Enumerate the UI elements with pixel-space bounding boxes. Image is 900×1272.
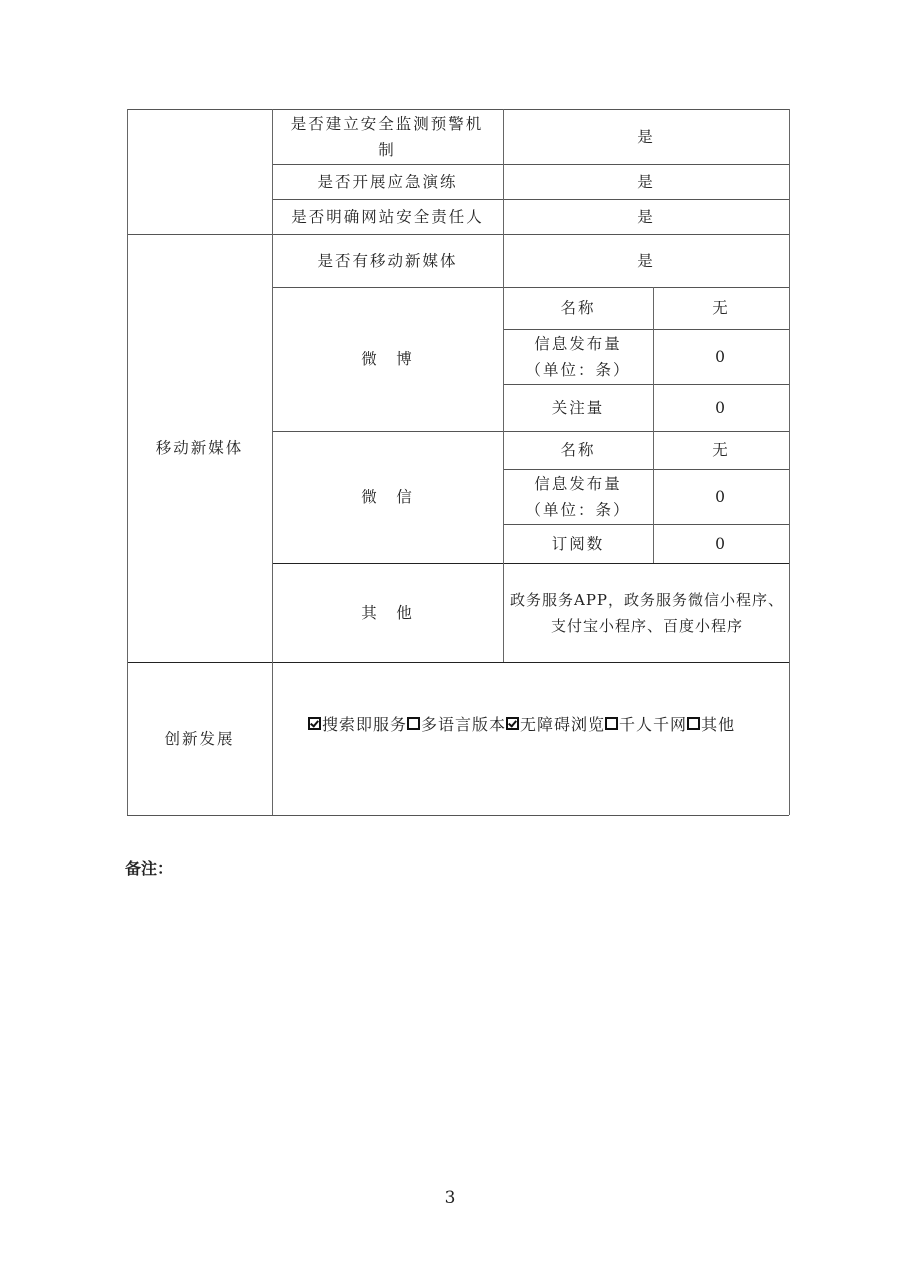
security-officer-value: 是 xyxy=(503,199,789,234)
wechat-name-label: 名称 xyxy=(503,431,653,469)
emergency-drill-value: 是 xyxy=(503,164,789,199)
weibo-name-label: 名称 xyxy=(503,287,653,329)
wechat-name-value: 无 xyxy=(653,431,789,469)
wechat-subscribers-label: 订阅数 xyxy=(503,524,653,563)
weibo-label: 微 博 xyxy=(272,287,503,431)
weibo-followers-label: 关注量 xyxy=(503,384,653,431)
wechat-posts-value: 0 xyxy=(653,469,789,524)
option-multilingual: 多语言版本 xyxy=(421,712,506,735)
security-monitoring-label: 是否建立安全监测预警机制 xyxy=(287,109,487,164)
checkbox-search-service[interactable] xyxy=(308,717,321,730)
security-officer-label: 是否明确网站安全责任人 xyxy=(272,199,503,234)
option-search-service: 搜索即服务 xyxy=(322,712,407,735)
emergency-drill-label: 是否开展应急演练 xyxy=(272,164,503,199)
innovation-options: 搜索即服务 多语言版本 无障碍浏览 千人千网 其他 xyxy=(308,712,735,735)
has-mobile-media-label: 是否有移动新媒体 xyxy=(272,234,503,287)
option-other: 其他 xyxy=(701,712,735,735)
option-accessibility: 无障碍浏览 xyxy=(520,712,605,735)
other-media-label: 其 他 xyxy=(272,563,503,662)
weibo-posts-label: 信息发布量（单位：条） xyxy=(517,329,639,384)
checkbox-accessibility[interactable] xyxy=(506,717,519,730)
mobile-media-section-label: 移动新媒体 xyxy=(127,234,272,662)
weibo-name-value: 无 xyxy=(653,287,789,329)
report-table: 是否建立安全监测预警机制 是 是否开展应急演练 是 是否明确网站安全责任人 是 … xyxy=(127,109,789,815)
other-media-value: 政务服务APP，政务服务微信小程序、支付宝小程序、百度小程序 xyxy=(509,563,785,662)
weibo-posts-value: 0 xyxy=(653,329,789,384)
security-monitoring-value: 是 xyxy=(503,109,789,164)
has-mobile-media-value: 是 xyxy=(503,234,789,287)
wechat-subscribers-value: 0 xyxy=(653,524,789,563)
checkbox-personalized[interactable] xyxy=(605,717,618,730)
checkbox-other[interactable] xyxy=(687,717,700,730)
wechat-posts-label: 信息发布量（单位：条） xyxy=(517,469,639,524)
checkbox-multilingual[interactable] xyxy=(407,717,420,730)
page-number: 3 xyxy=(0,1188,900,1208)
weibo-followers-value: 0 xyxy=(653,384,789,431)
note-label: 备注： xyxy=(125,856,173,879)
wechat-label: 微 信 xyxy=(272,431,503,563)
option-personalized: 千人千网 xyxy=(619,712,687,735)
innovation-label: 创新发展 xyxy=(127,662,272,815)
